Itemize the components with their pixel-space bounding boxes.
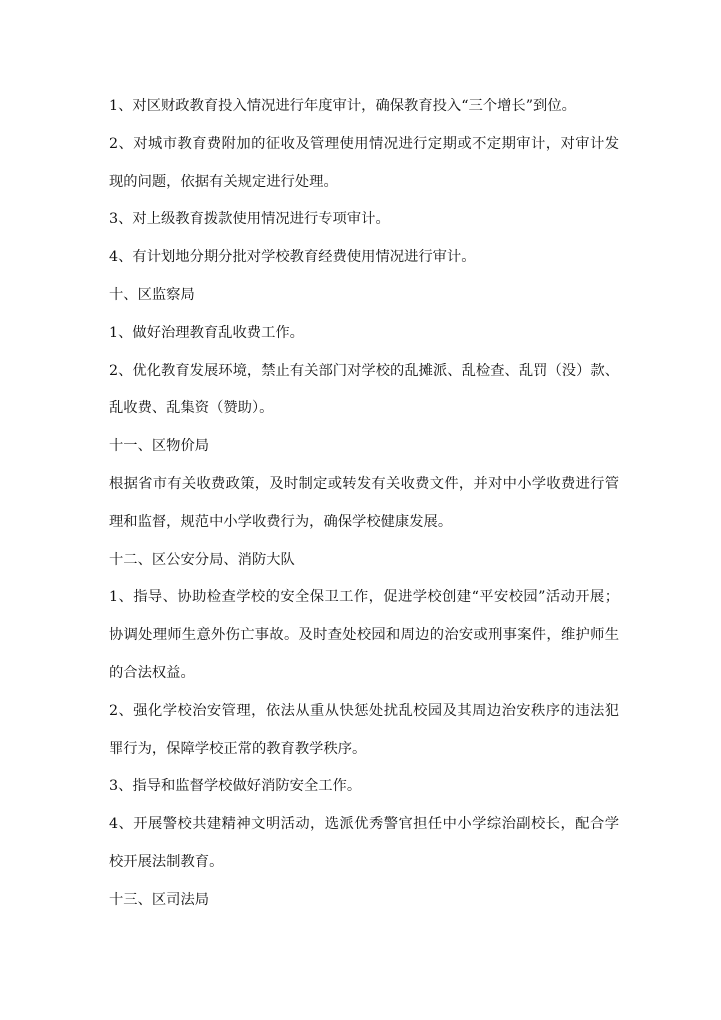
audit-item-1: 1、对区财政教育投入情况进行年度审计，确保教育投入“三个增长”到位。 — [109, 88, 619, 126]
public-security-item-1: 1、指导、协助检查学校的安全保卫工作，促进学校创建“平安校园”活动开展； — [109, 579, 619, 617]
price-bureau-paragraph-continuation: 理和监督，规范中小学收费行为，确保学校健康发展。 — [109, 504, 619, 542]
price-bureau-paragraph: 根据省市有关收费政策，及时制定或转发有关收费文件，并对中小学收费进行管 — [109, 466, 619, 504]
public-security-item-1-end: 的合法权益。 — [109, 655, 619, 693]
section-heading-public-security: 十二、区公安分局、消防大队 — [109, 542, 619, 580]
document-page: 1、对区财政教育投入情况进行年度审计，确保教育投入“三个增长”到位。 2、对城市… — [109, 88, 619, 920]
supervision-item-2-continuation: 乱收费、乱集资（赞助）。 — [109, 390, 619, 428]
audit-item-2-continuation: 现的问题，依据有关规定进行处理。 — [109, 164, 619, 202]
public-security-item-1-continuation: 协调处理师生意外伤亡事故。及时查处校园和周边的治安或刑事案件，维护师生 — [109, 617, 619, 655]
public-security-item-2-continuation: 罪行为，保障学校正常的教育教学秩序。 — [109, 731, 619, 769]
section-heading-supervision-bureau: 十、区监察局 — [109, 277, 619, 315]
public-security-item-4: 4、开展警校共建精神文明活动，选派优秀警官担任中小学综治副校长，配合学 — [109, 806, 619, 844]
supervision-item-1: 1、做好治理教育乱收费工作。 — [109, 315, 619, 353]
public-security-item-3: 3、指导和监督学校做好消防安全工作。 — [109, 768, 619, 806]
section-heading-price-bureau: 十一、区物价局 — [109, 428, 619, 466]
supervision-item-2: 2、优化教育发展环境，禁止有关部门对学校的乱摊派、乱检查、乱罚（没）款、 — [109, 353, 619, 391]
section-heading-justice-bureau: 十三、区司法局 — [109, 882, 619, 920]
audit-item-4: 4、有计划地分期分批对学校教育经费使用情况进行审计。 — [109, 239, 619, 277]
audit-item-2: 2、对城市教育费附加的征收及管理使用情况进行定期或不定期审计，对审计发 — [109, 126, 619, 164]
public-security-item-4-continuation: 校开展法制教育。 — [109, 844, 619, 882]
public-security-item-2: 2、强化学校治安管理，依法从重从快惩处扰乱校园及其周边治安秩序的违法犯 — [109, 693, 619, 731]
audit-item-3: 3、对上级教育拨款使用情况进行专项审计。 — [109, 201, 619, 239]
